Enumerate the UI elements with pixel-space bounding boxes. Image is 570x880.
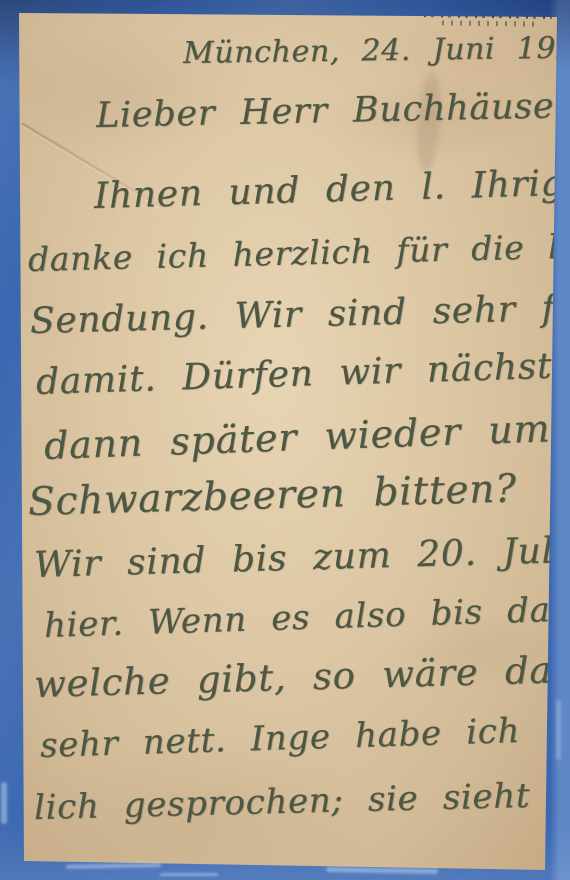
handwriting-line: lich gesprochen; sie sieht gut <box>34 774 570 828</box>
scratch-mark <box>160 873 218 876</box>
handwriting-line: welche gibt, so wäre das <box>33 648 570 706</box>
handwriting-line: dann später wieder um <box>43 406 551 468</box>
scratch-mark <box>66 863 161 869</box>
handwriting-line: sehr nett. Inge habe ich neu- <box>39 708 570 766</box>
scan-background: München, 24. Juni 1920. Lieber Herr Buch… <box>0 0 570 880</box>
scratch-mark <box>556 700 561 760</box>
handwriting-line: Wir sind bis zum 20. Juli <box>33 530 566 586</box>
handwriting-line: damit. Dürfen wir nächstens <box>35 344 570 403</box>
handwriting-line: hier. Wenn es also bis dahin <box>43 588 570 646</box>
handwriting-dateline: München, 24. Juni 1920. <box>183 30 570 71</box>
handwriting-line: Schwarzbeeren bitten? <box>27 466 517 525</box>
print-through-marks <box>424 9 552 19</box>
postcard: München, 24. Juni 1920. Lieber Herr Buch… <box>0 0 570 880</box>
handwriting-salutation: Lieber Herr Buchhäuser! <box>96 86 570 136</box>
handwriting-line: danke ich herzlich für die liebe <box>28 225 570 279</box>
scratch-mark <box>1 782 7 824</box>
handwriting-line: Sendung. Wir sind sehr froh <box>29 287 570 342</box>
scratch-mark <box>326 867 438 874</box>
handwriting-line: Ihnen und den l. Ihrigen <box>93 162 570 217</box>
print-through-marks <box>442 20 538 26</box>
